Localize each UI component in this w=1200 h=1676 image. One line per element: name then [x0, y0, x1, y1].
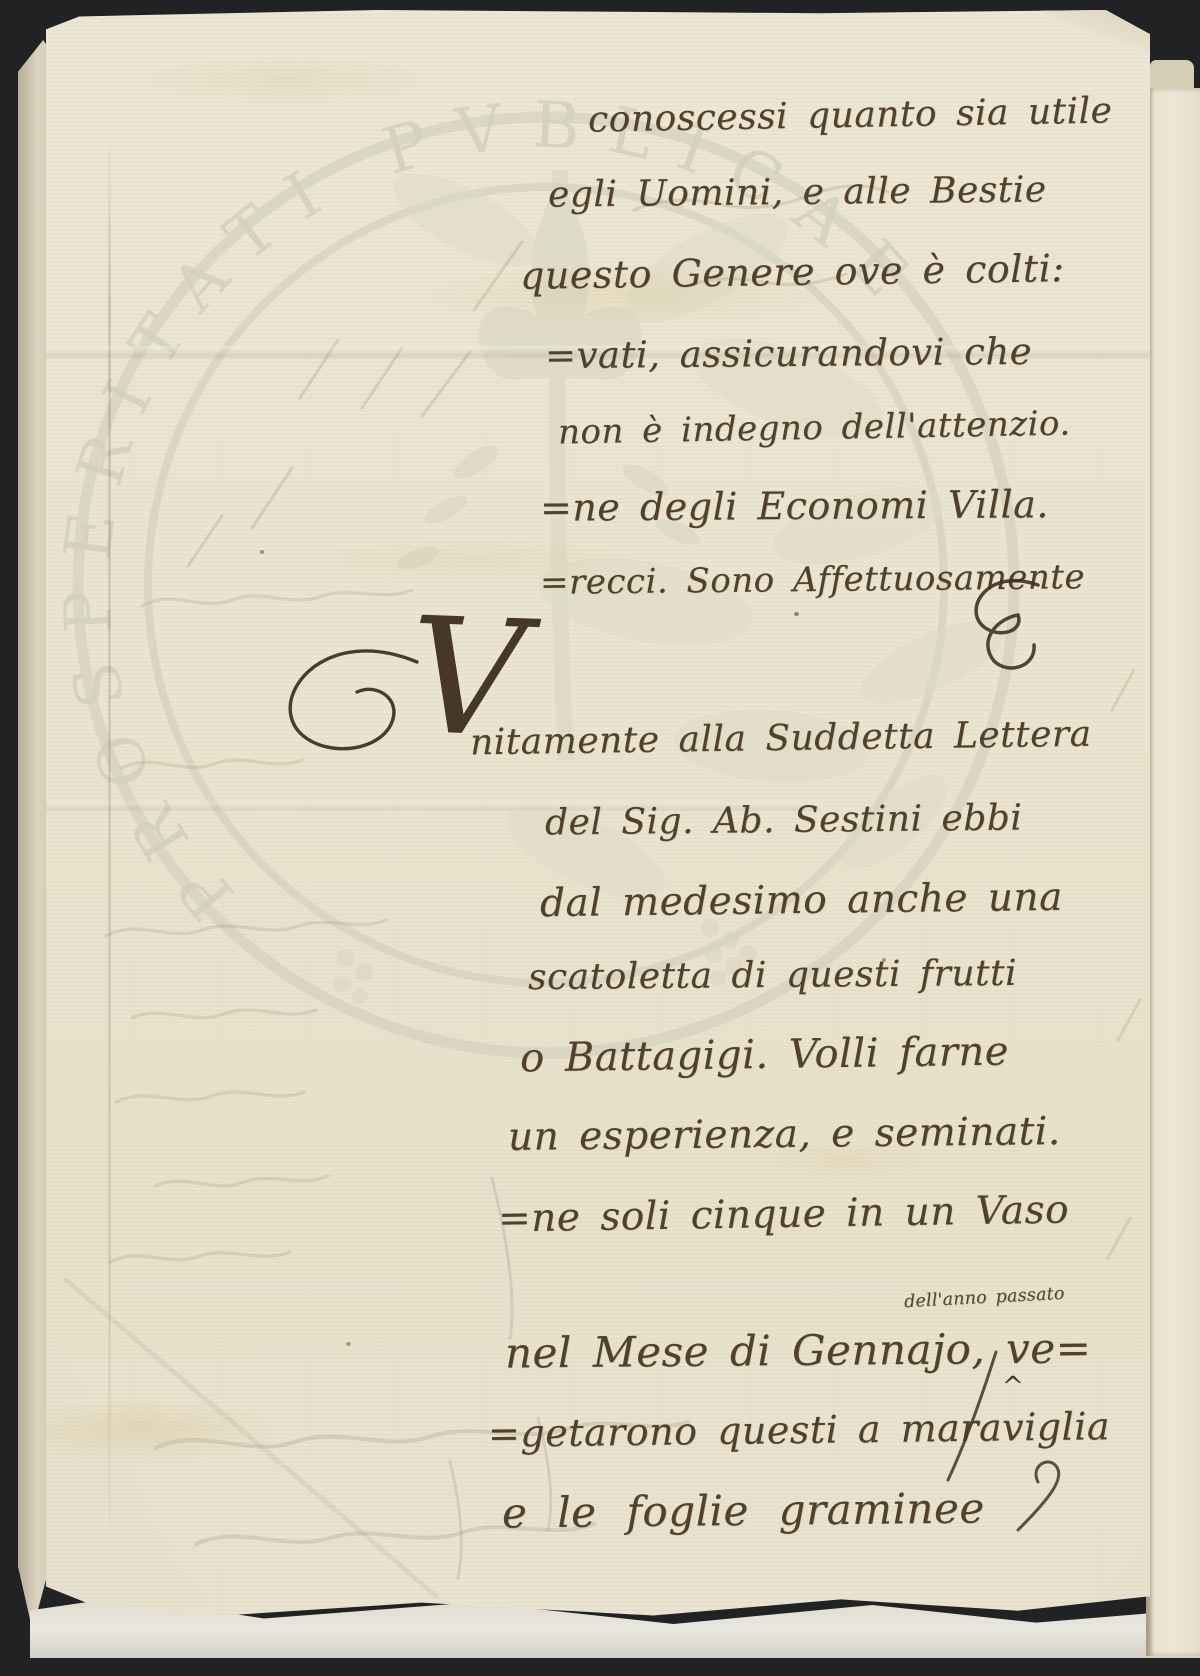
manuscript-line: o Battagigi. Volli farne — [520, 1029, 1009, 1082]
ink-speck — [346, 1342, 351, 1346]
manuscript-line: scatoletta di questi frutti — [528, 953, 1017, 998]
manuscript-line: questo Genere ove è colti: — [520, 246, 1065, 298]
manuscript-scan: PROSPERITATI PVBLICAE — [0, 0, 1200, 1676]
ink-speck — [594, 438, 598, 441]
ink-speck — [882, 958, 886, 962]
manuscript-line: nitamente alla Suddetta Lettera — [470, 714, 1092, 764]
manuscript-line: dal medesimo anche una — [540, 875, 1063, 926]
manuscript-line: e le foglie graminee — [502, 1483, 985, 1537]
manuscript-line: =ne soli cinque in un Vaso — [498, 1188, 1070, 1242]
manuscript-line: =vati, assicurandovi che — [545, 330, 1032, 377]
manuscript-line: =getarono questi a maraviglia — [488, 1404, 1110, 1456]
manuscript-line: =ne degli Economi Villa. — [540, 482, 1049, 530]
next-page-edge-strip — [1146, 88, 1200, 1656]
manuscript-line: =recci. Sono Affettuosamente — [540, 557, 1085, 603]
ink-speck — [260, 550, 264, 554]
manuscript-line: egli Uomini, e alle Bestie — [548, 169, 1047, 215]
manuscript-line: del Sig. Ab. Sestini ebbi — [545, 798, 1023, 844]
manuscript-line: nel Mese di Gennajo, ve= — [505, 1323, 1092, 1377]
manuscript-line: un esperienza, e seminati. — [508, 1109, 1061, 1160]
insertion-caret: ^ — [1002, 1372, 1024, 1402]
manuscript-page: PROSPERITATI PVBLICAE — [46, 10, 1150, 1622]
ink-speck — [794, 612, 799, 616]
